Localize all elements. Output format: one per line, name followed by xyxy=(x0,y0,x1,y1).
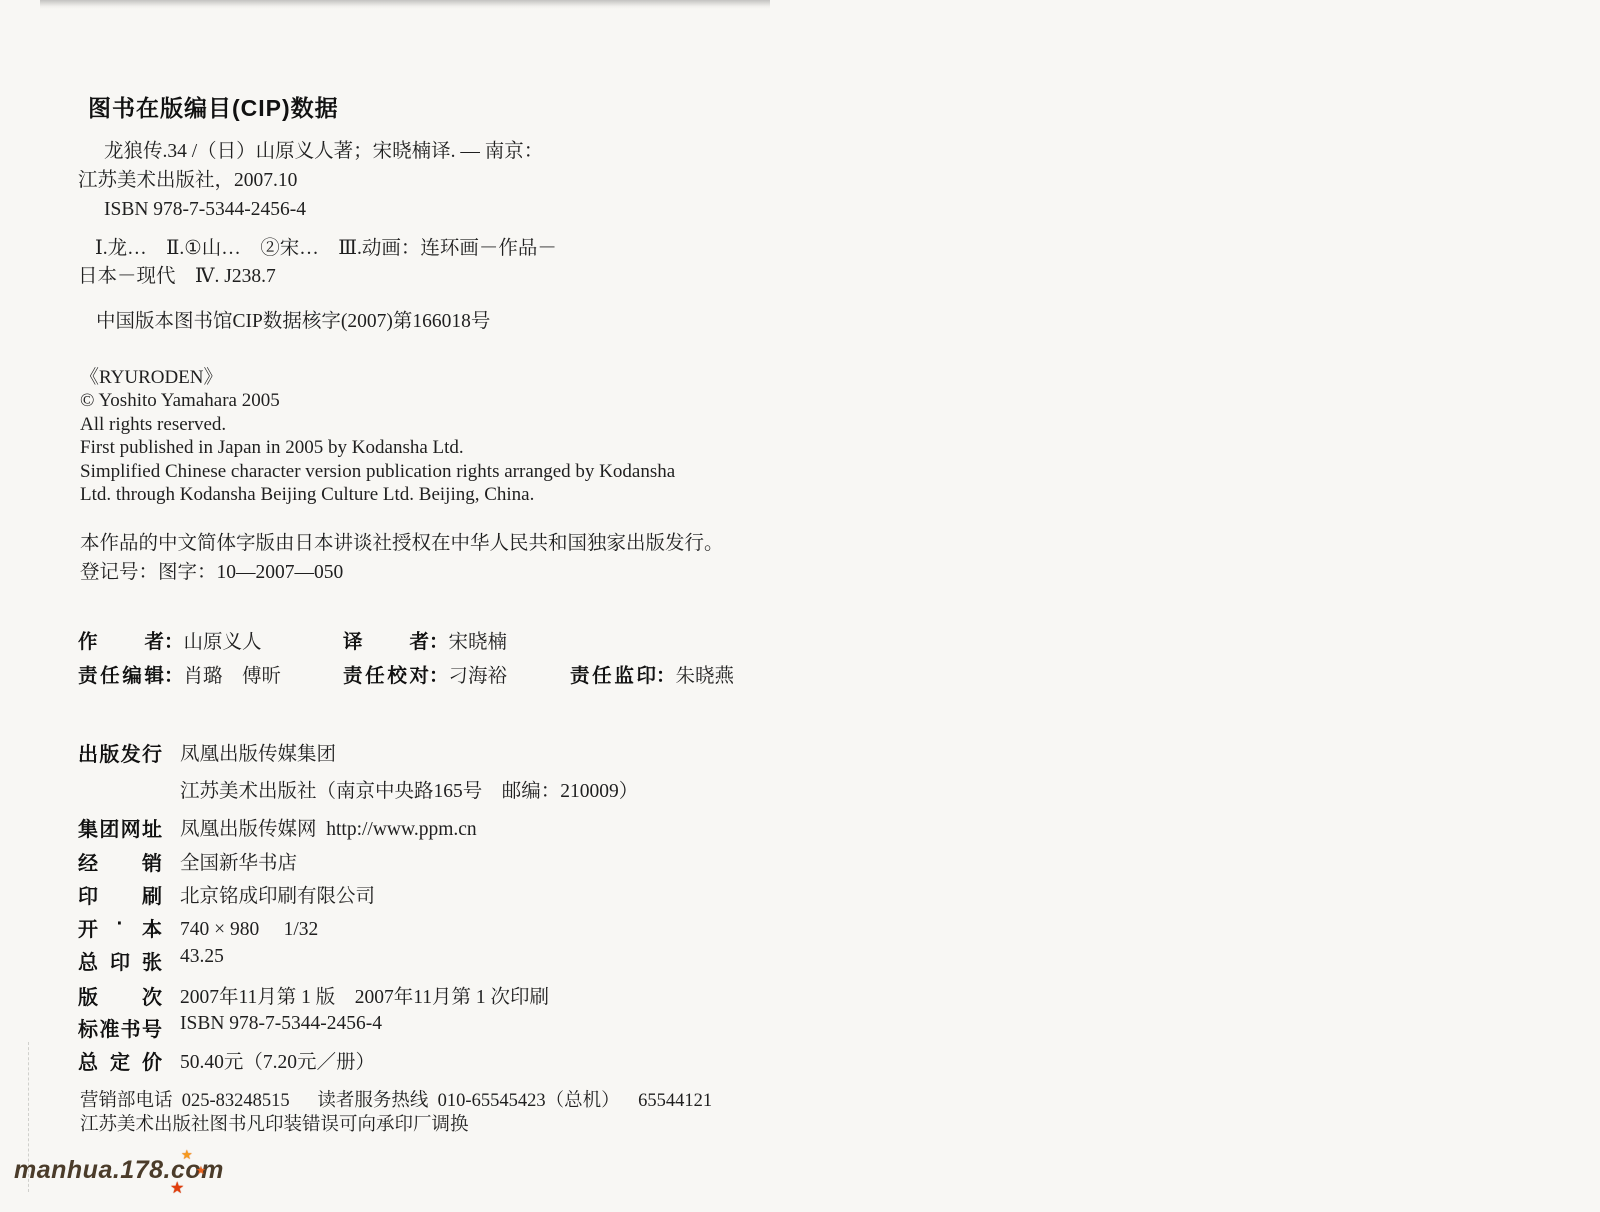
cip-record-block: 龙狼传.34 /（日）山原义人著；宋晓楠译. — 南京： 江苏美术出版社，200… xyxy=(78,137,543,224)
cip-record-isbn: ISBN 978-7-5344-2456-4 xyxy=(78,195,543,224)
en-rights: All rights reserved. xyxy=(80,413,675,436)
total-sheets-row: 总印张43.25 xyxy=(78,946,162,970)
star-icon: ★ xyxy=(181,1148,193,1161)
author-value: 山原义人 xyxy=(184,632,262,653)
scan-artifact-top xyxy=(40,0,770,9)
format-value: 740 × 980 1/32 xyxy=(180,913,318,941)
translator-cell: 译者：宋晓楠 xyxy=(343,626,507,654)
printer-row: 印刷北京铭成印刷有限公司 xyxy=(78,880,162,904)
english-copyright-block: 《RYURODEN》 © Yoshito Yamahara 2005 All r… xyxy=(80,366,675,506)
star-icon: ★ xyxy=(196,1166,206,1177)
contact-phones-line: 营销部电话 025-83248515 读者服务热线 010-65545423（总… xyxy=(80,1086,712,1112)
cip-classification-block: Ⅰ.龙… Ⅱ.①山… ②宋… Ⅲ.动画：连环画－作品－ 日本－现代 Ⅳ. J23… xyxy=(78,235,557,291)
distribution-row: 经销全国新华书店 xyxy=(78,847,162,871)
authorization-block: 本作品的中文简体字版由日本讲谈社授权在中华人民共和国独家出版发行。 登记号：图字… xyxy=(80,529,724,587)
colon: ： xyxy=(164,631,184,653)
en-first-published: First published in Japan in 2005 by Koda… xyxy=(80,436,675,459)
edition-label: 版次 xyxy=(78,981,162,1010)
standard-isbn-label: 标准书号 xyxy=(78,1013,162,1042)
colon: ： xyxy=(656,665,676,687)
distribution-label: 经销 xyxy=(78,847,162,876)
printer-value: 北京铭成印刷有限公司 xyxy=(180,880,375,908)
distribution-value: 全国新华书店 xyxy=(180,847,297,875)
en-arranged-1: Simplified Chinese character version pub… xyxy=(80,460,675,483)
en-title: 《RYURODEN》 xyxy=(80,366,675,389)
format-row: 开·本740 × 980 1/32 xyxy=(78,913,162,937)
group-website-label: 集团网址 xyxy=(78,813,162,842)
proofreader-cell: 责任校对：刁海裕 xyxy=(343,660,507,688)
misprint-exchange-line: 江苏美术出版社图书凡印装错误可向承印厂调换 xyxy=(80,1110,469,1136)
standard-isbn-value: ISBN 978-7-5344-2456-4 xyxy=(180,1013,382,1035)
publisher-address-row: 江苏美术出版社（南京中央路165号 邮编：210009） xyxy=(78,775,162,799)
cip-record-line1: 龙狼传.34 /（日）山原义人著；宋晓楠译. — 南京： xyxy=(78,137,543,166)
colon: ： xyxy=(429,631,449,653)
group-website-value: 凤凰出版传媒网 http://www.ppm.cn xyxy=(180,813,477,841)
translator-value: 宋晓楠 xyxy=(449,632,508,653)
edition-row: 版次2007年11月第 1 版 2007年11月第 1 次印刷 xyxy=(78,981,162,1005)
group-website-row: 集团网址凤凰出版传媒网 http://www.ppm.cn xyxy=(78,813,162,837)
proofreader-label: 责任校对 xyxy=(343,660,429,688)
total-price-label: 总定价 xyxy=(78,1046,162,1075)
cip-verify-line: 中国版本图书馆CIP数据核字(2007)第166018号 xyxy=(96,305,490,333)
cip-record-line2: 江苏美术出版社，2007.10 xyxy=(78,166,543,195)
editor-cell: 责任编辑：肖璐 傅昕 xyxy=(78,660,281,688)
author-label: 作者 xyxy=(78,626,164,654)
cip-class-line2: 日本－现代 Ⅳ. J238.7 xyxy=(78,263,557,291)
print-supervisor-value: 朱晓燕 xyxy=(676,666,735,687)
standard-isbn-row: 标准书号ISBN 978-7-5344-2456-4 xyxy=(78,1013,162,1037)
total-price-value: 50.40元（7.20元／册） xyxy=(180,1046,375,1074)
authorization-statement: 本作品的中文简体字版由日本讲谈社授权在中华人民共和国独家出版发行。 xyxy=(80,529,724,558)
print-supervisor-label: 责任监印 xyxy=(570,660,656,688)
cip-title: 图书在版编目(CIP)数据 xyxy=(88,90,339,123)
format-label: 开·本 xyxy=(78,913,162,942)
editor-value: 肖璐 傅昕 xyxy=(184,666,282,687)
total-sheets-label: 总印张 xyxy=(78,946,162,975)
colon: ： xyxy=(164,665,184,687)
total-price-row: 总定价50.40元（7.20元／册） xyxy=(78,1046,162,1070)
publisher-address-value: 江苏美术出版社（南京中央路165号 邮编：210009） xyxy=(180,775,638,803)
publisher-row: 出版发行凤凰出版传媒集团 xyxy=(78,738,162,762)
star-icon: ★ xyxy=(170,1181,184,1197)
publisher-label: 出版发行 xyxy=(78,738,162,767)
editor-label: 责任编辑 xyxy=(78,660,164,688)
total-sheets-value: 43.25 xyxy=(180,946,224,968)
proofreader-value: 刁海裕 xyxy=(449,666,508,687)
colon: ： xyxy=(429,665,449,687)
author-cell: 作者：山原义人 xyxy=(78,626,262,654)
translator-label: 译者 xyxy=(343,626,429,654)
en-copyright: © Yoshito Yamahara 2005 xyxy=(80,389,675,412)
printer-label: 印刷 xyxy=(78,880,162,909)
registration-number: 登记号：图字：10—2007—050 xyxy=(80,558,724,587)
print-supervisor-cell: 责任监印：朱晓燕 xyxy=(570,660,734,688)
publisher-value: 凤凰出版传媒集团 xyxy=(180,738,336,766)
copyright-page: 图书在版编目(CIP)数据 龙狼传.34 /（日）山原义人著；宋晓楠译. — 南… xyxy=(0,0,1600,1212)
cip-class-line1: Ⅰ.龙… Ⅱ.①山… ②宋… Ⅲ.动画：连环画－作品－ xyxy=(78,235,557,263)
edition-value: 2007年11月第 1 版 2007年11月第 1 次印刷 xyxy=(180,981,549,1009)
en-arranged-2: Ltd. through Kodansha Beijing Culture Lt… xyxy=(80,483,675,506)
